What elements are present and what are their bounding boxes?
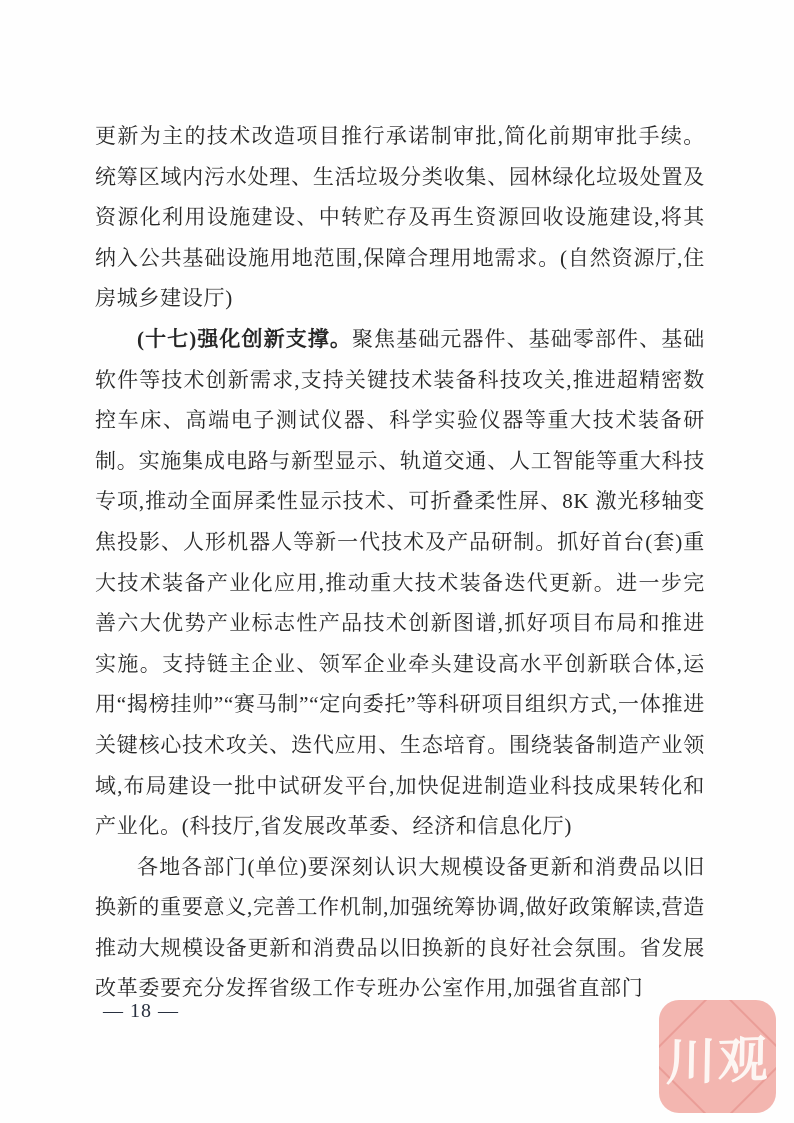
paragraph: 各地各部门(单位)要深刻认识大规模设备更新和消费品以旧换新的重要意义,完善工作机…: [95, 847, 705, 1009]
section-heading: (十七)强化创新支撑。: [137, 327, 352, 351]
chuanguan-watermark-logo: 川观: [659, 1000, 776, 1113]
paragraph: 更新为主的技术改造项目推行承诺制审批,简化前期审批手续。统筹区域内污水处理、生活…: [95, 116, 705, 319]
page-number: — 18 —: [103, 1000, 179, 1023]
paragraph: (十七)强化创新支撑。聚焦基础元器件、基础零部件、基础软件等技术创新需求,支持关…: [95, 319, 705, 847]
document-body: 更新为主的技术改造项目推行承诺制审批,简化前期审批手续。统筹区域内污水处理、生活…: [95, 116, 705, 1009]
document-page: 更新为主的技术改造项目推行承诺制审批,简化前期审批手续。统筹区域内污水处理、生活…: [0, 0, 794, 1123]
watermark-text: 川观: [665, 1019, 770, 1095]
